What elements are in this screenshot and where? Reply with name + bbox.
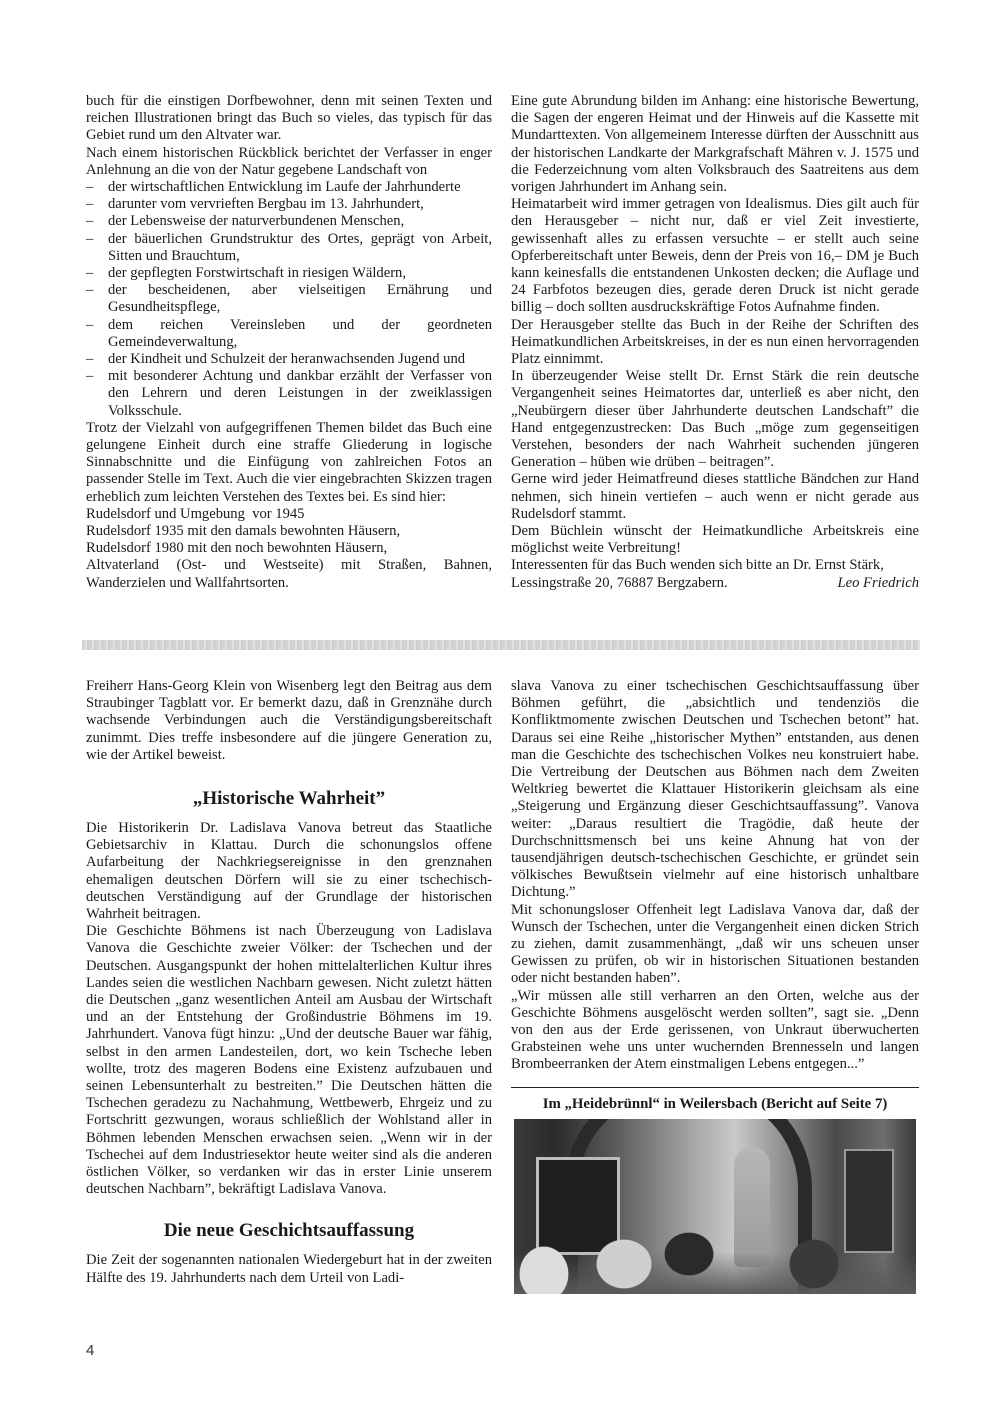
paragraph: Nach einem historischen Rückblick berich… [86,145,492,179]
photo-caption: Im „Heidebrünnl“ in Weilersbach (Bericht… [511,1096,919,1113]
section-heading: Die neue Geschichtsauffassung [86,1220,492,1242]
paragraph: slava Vanova zu einer tschechischen Gesc… [511,678,919,902]
paragraph: Die Geschichte Böhmens ist nach Überzeug… [86,923,492,1198]
list-item: der Lebensweise der naturverbundenen Men… [86,213,492,230]
section-divider [82,640,920,650]
sketch-item: Altvaterland (Ost- und Westseite) mit St… [86,557,492,591]
paragraph: Interessenten für das Buch wenden sich b… [511,557,919,574]
paragraph: Die Historikerin Dr. Ladislava Vanova be… [86,820,492,923]
address: Lessingstraße 20, 76887 Bergzabern. [511,575,728,592]
paragraph: Eine gute Abrundung bilden im Anhang: ei… [511,93,919,196]
page-number: 4 [86,1342,94,1359]
paragraph: Gerne wird jeder Heimatfreund dieses sta… [511,471,919,523]
paragraph: Dem Büchlein wünscht der Heimatkundliche… [511,523,919,557]
list-item: der bescheidenen, aber vielseitigen Ernä… [86,282,492,316]
list-item: mit besonderer Achtung und dankbar erzäh… [86,368,492,420]
paragraph: Mit schonungsloser Offenheit legt Ladisl… [511,902,919,988]
top-right-column: Eine gute Abrundung bilden im Anhang: ei… [511,93,919,592]
list-item: der wirtschaftlichen Entwicklung im Lauf… [86,179,492,196]
paragraph: Der Herausgeber stellte das Buch in der … [511,317,919,369]
bottom-left-column: Freiherr Hans-Georg Klein von Wisenberg … [86,678,492,1287]
list-item: der Kindheit und Schulzeit der heranwach… [86,351,492,368]
sketch-item: Rudelsdorf 1935 mit den damals bewohnten… [86,523,492,540]
paragraph: buch für die einstigen Dorfbewohner, den… [86,93,492,145]
author-signature: Leo Friedrich [838,575,919,592]
caption-rule [511,1087,919,1088]
paragraph: „Wir müssen alle still verharren an den … [511,988,919,1074]
photo-heidebruennl [514,1119,916,1294]
intro-paragraph: Freiherr Hans-Georg Klein von Wisenberg … [86,678,492,764]
address-signature-line: Lessingstraße 20, 76887 Bergzabern. Leo … [511,575,919,592]
list-item: darunter vom vervrieften Bergbau im 13. … [86,196,492,213]
paragraph: Trotz der Vielzahl von aufgegriffenen Th… [86,420,492,506]
topic-list: der wirtschaftlichen Entwicklung im Lauf… [86,179,492,420]
bottom-right-column: slava Vanova zu einer tschechischen Gesc… [511,678,919,1294]
list-item: der bäuerlichen Grundstruktur des Ortes,… [86,231,492,265]
paragraph: Die Zeit der sogenannten nationalen Wied… [86,1252,492,1286]
list-item: dem reichen Vereinsleben und der geordne… [86,317,492,351]
sketch-item: Rudelsdorf 1980 mit den noch bewohnten H… [86,540,492,557]
photo-crowd [514,1224,916,1294]
paragraph: Heimatarbeit wird immer getragen von Ide… [511,196,919,316]
list-item: der gepflegten Forstwirtschaft in riesig… [86,265,492,282]
section-heading: „Historische Wahrheit” [86,788,492,810]
sketch-list: Rudelsdorf und Umgebung vor 1945 Rudelsd… [86,506,492,592]
top-left-column: buch für die einstigen Dorfbewohner, den… [86,93,492,592]
paragraph: In überzeugender Weise stellt Dr. Ernst … [511,368,919,471]
sketch-item: Rudelsdorf und Umgebung vor 1945 [86,506,492,523]
